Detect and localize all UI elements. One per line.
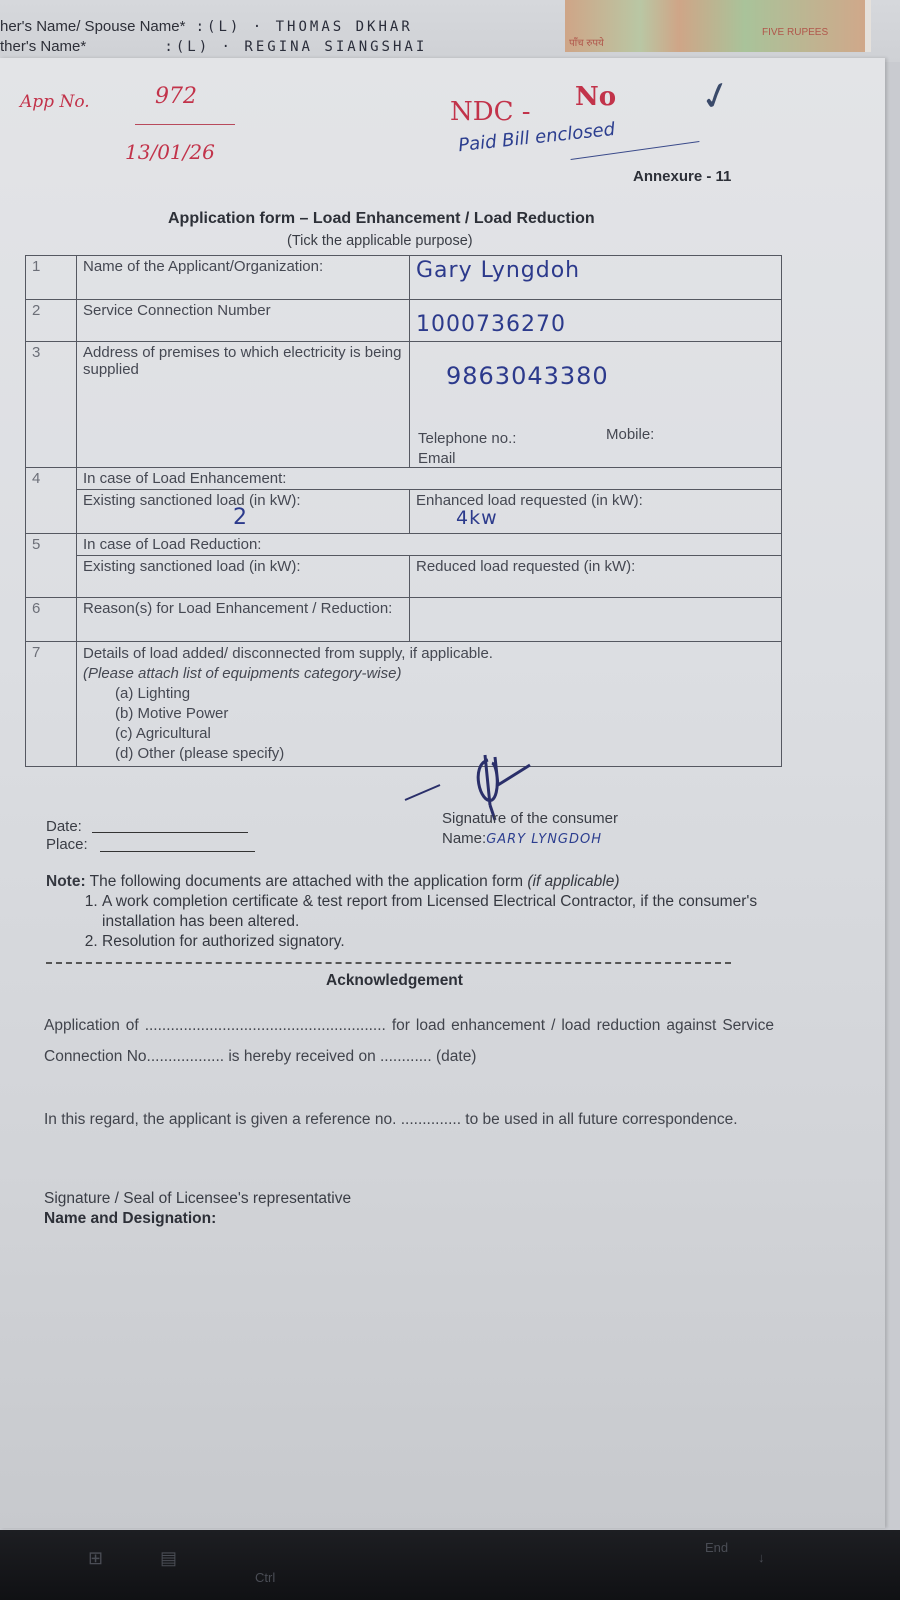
table-row: Existing sanctioned load (in kW): Reduce… — [26, 556, 782, 598]
address-field[interactable]: 9863043380 Telephone no.: Mobile: Email — [410, 342, 782, 468]
enh-requested-load-value: 4kw — [456, 509, 775, 527]
date-field[interactable] — [92, 832, 248, 833]
applicant-name-field[interactable]: Gary Lyngdoh — [410, 256, 782, 300]
acknowledgement-para-2: In this regard, the applicant is given a… — [44, 1104, 774, 1135]
load-enhancement-heading: In case of Load Enhancement: — [77, 468, 782, 490]
name-designation-label: Name and Designation: — [44, 1210, 216, 1228]
applicant-name-label: Name of the Applicant/Organization: — [77, 256, 410, 300]
application-table: 1 Name of the Applicant/Organization: Ga… — [25, 255, 782, 767]
mobile-label: Mobile: — [606, 426, 654, 443]
previous-page-strip: her's Name/ Spouse Name* :(L) · THOMAS D… — [0, 0, 900, 62]
table-row: 4 In case of Load Enhancement: — [26, 468, 782, 490]
address-value: 9863043380 — [446, 362, 609, 390]
ctrl-key: Ctrl — [255, 1570, 275, 1585]
note-text: The following documents are attached wit… — [90, 873, 523, 890]
acknowledgement-para-1: Application of .........................… — [44, 1010, 774, 1072]
form-title: Application form – Load Enhancement / Lo… — [168, 210, 595, 228]
note-italic: (if applicable) — [527, 873, 619, 890]
spouse-row: her's Name/ Spouse Name* :(L) · THOMAS D… — [0, 18, 413, 35]
note-item: Resolution for authorized signatory. — [102, 932, 786, 952]
stamp-hindi-text: पाँच रुपये — [569, 35, 604, 49]
row-number: 1 — [26, 256, 77, 300]
reason-field[interactable] — [410, 598, 782, 642]
table-row: 3 Address of premises to which electrici… — [26, 342, 782, 468]
telephone-label: Telephone no.: — [418, 430, 516, 447]
red-requested-load-field[interactable]: Reduced load requested (in kW): — [410, 556, 782, 598]
licensee-signature-label: Signature / Seal of Licensee's represent… — [44, 1190, 351, 1208]
red-existing-load-field[interactable]: Existing sanctioned load (in kW): — [77, 556, 410, 598]
table-row: 1 Name of the Applicant/Organization: Ga… — [26, 256, 782, 300]
category-item: (b) Motive Power — [115, 704, 775, 724]
consumer-name-value: GARY LYNGDOH — [486, 832, 602, 847]
category-item: (a) Lighting — [115, 684, 775, 704]
windows-key-icon: ⊞ — [88, 1548, 103, 1569]
enh-existing-load-field[interactable]: Existing sanctioned load (in kW): 2 — [77, 490, 410, 534]
category-item: (c) Agricultural — [115, 724, 775, 744]
table-row: 6 Reason(s) for Load Enhancement / Reduc… — [26, 598, 782, 642]
keyboard-edge: ⊞ ▤ Ctrl End ↓ — [0, 1530, 900, 1600]
date-label: Date: — [46, 818, 82, 835]
row-number: 2 — [26, 300, 77, 342]
ndc-label: NDC - — [450, 97, 531, 127]
row-number: 7 — [26, 642, 77, 767]
service-connection-field[interactable]: 1000736270 — [410, 300, 782, 342]
app-date: 13/01/26 — [125, 140, 215, 164]
ndc-value: No — [575, 82, 616, 112]
app-no-label: App No. — [20, 92, 90, 112]
dashed-divider — [46, 962, 731, 964]
signature-label: Signature of the consumer — [442, 810, 618, 827]
spouse-value: :(L) · THOMAS DKHAR — [196, 19, 413, 35]
load-reduction-heading: In case of Load Reduction: — [77, 534, 782, 556]
table-row: 2 Service Connection Number 1000736270 — [26, 300, 782, 342]
load-details-label: Details of load added/ disconnected from… — [83, 644, 775, 664]
table-row: Existing sanctioned load (in kW): 2 Enha… — [26, 490, 782, 534]
note-section: Note: The following documents are attach… — [46, 872, 786, 952]
enh-requested-load-field[interactable]: Enhanced load requested (in kW): 4kw — [410, 490, 782, 534]
annexure-label: Annexure - 11 — [633, 168, 731, 185]
row-number: 6 — [26, 598, 77, 642]
app-no-underline — [135, 124, 235, 125]
red-requested-load-label: Reduced load requested (in kW): — [416, 558, 635, 575]
end-key: End — [705, 1540, 728, 1555]
stamp-five-rupees-text: FIVE RUPEES — [762, 27, 828, 38]
load-details-sublabel: (Please attach list of equipments catego… — [83, 664, 775, 684]
row-number: 4 — [26, 468, 77, 534]
acknowledgement-title: Acknowledgement — [326, 972, 463, 990]
down-arrow-icon: ↓ — [758, 1550, 765, 1565]
service-connection-label: Service Connection Number — [77, 300, 410, 342]
address-label: Address of premises to which electricity… — [77, 342, 410, 468]
revenue-stamps: पाँच रुपये FIVE RUPEES — [565, 0, 871, 52]
mother-value: :(L) · REGINA SIANGSHAI — [164, 39, 427, 55]
note-prefix: Note: — [46, 873, 86, 890]
place-label: Place: — [46, 836, 88, 853]
table-row: 5 In case of Load Reduction: — [26, 534, 782, 556]
app-no-value: 972 — [155, 84, 197, 109]
row-number: 3 — [26, 342, 77, 468]
mother-row: ther's Name* :(L) · REGINA SIANGSHAI — [0, 38, 427, 55]
row-number: 5 — [26, 534, 77, 598]
consumer-name-row: Name:GARY LYNGDOH — [442, 830, 602, 847]
applicant-name-value: Gary Lyngdoh — [416, 258, 580, 283]
email-label: Email — [418, 450, 456, 467]
form-subtitle: (Tick the applicable purpose) — [287, 233, 473, 249]
enh-existing-load-value: 2 — [233, 509, 403, 527]
red-existing-load-label: Existing sanctioned load (in kW): — [83, 558, 301, 575]
place-field[interactable] — [100, 851, 255, 852]
consumer-name-label: Name: — [442, 830, 486, 847]
menu-key-icon: ▤ — [160, 1548, 177, 1569]
note-item: A work completion certificate & test rep… — [102, 892, 786, 932]
spouse-label: her's Name/ Spouse Name* — [0, 18, 185, 35]
service-connection-value: 1000736270 — [416, 312, 566, 337]
reason-label: Reason(s) for Load Enhancement / Reducti… — [77, 598, 410, 642]
mother-label: ther's Name* — [0, 38, 86, 55]
